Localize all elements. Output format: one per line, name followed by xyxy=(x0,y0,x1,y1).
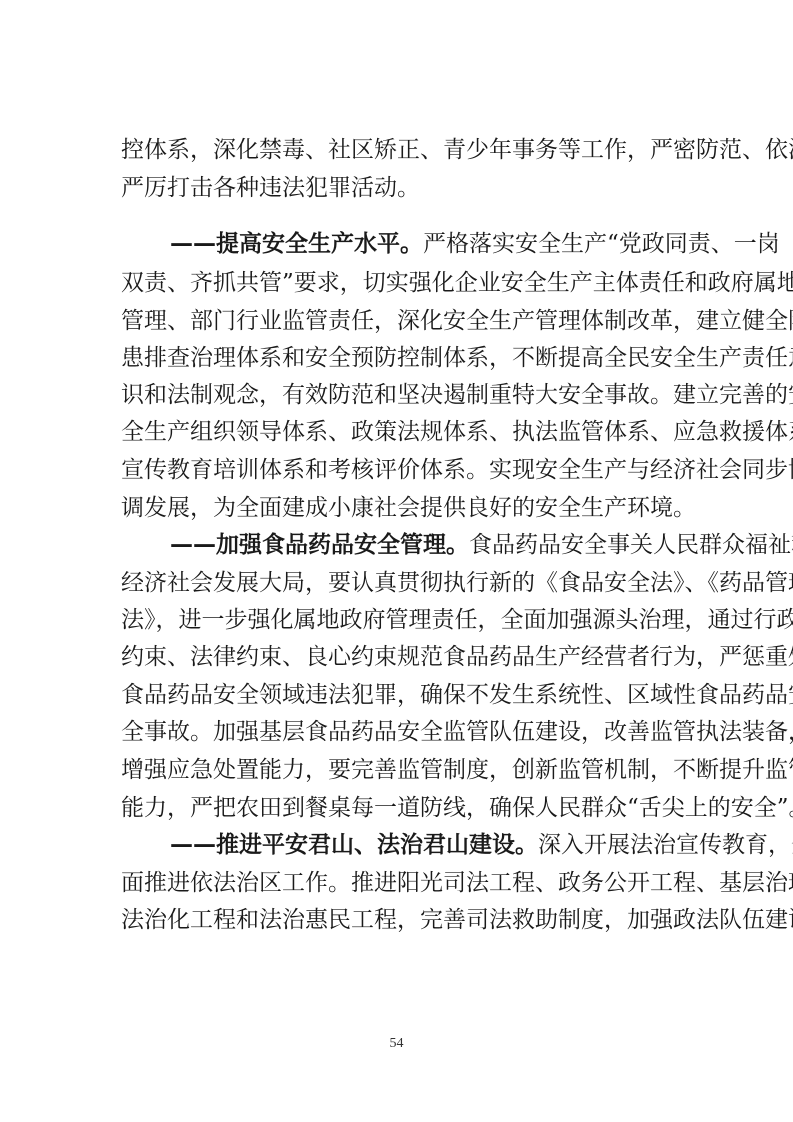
page-number: 54 xyxy=(0,1036,793,1052)
text-line: 患排查治理体系和安全预防控制体系，不断提高全民安全生产责任意 xyxy=(121,343,672,373)
text-line: 能力，严把农田到餐桌每一道防线，确保人民群众“舌尖上的安全”。 xyxy=(121,793,672,823)
text-line: 全生产组织领导体系、政策法规体系、执法监管体系、应急救援体系、 xyxy=(121,417,672,447)
paragraph-heading: ——推进平安君山、法治君山建设。 xyxy=(170,832,538,858)
text-line: 识和法制观念，有效防范和坚决遏制重特大安全事故。建立完善的安 xyxy=(121,380,672,410)
paragraph-heading: ——提高安全生产水平。 xyxy=(170,231,423,257)
text-line: 严厉打击各种违法犯罪活动。 xyxy=(121,173,672,203)
text-line: 全事故。加强基层食品药品安全监管队伍建设，改善监管执法装备， xyxy=(121,717,672,747)
paragraph-text: 食品药品安全事关人民群众福祉和 xyxy=(469,532,793,558)
text-line: 经济社会发展大局，要认真贯彻执行新的《食品安全法》、《药品管理 xyxy=(121,568,672,598)
text-line: 食品药品安全领域违法犯罪，确保不发生系统性、区域性食品药品安 xyxy=(121,680,672,710)
text-line: 双责、齐抓共管”要求，切实强化企业安全生产主体责任和政府属地 xyxy=(121,268,672,298)
text-line: 法治化工程和法治惠民工程，完善司法救助制度，加强政法队伍建设， xyxy=(121,905,672,935)
text-line: 管理、部门行业监管责任，深化安全生产管理体制改革，建立健全隐 xyxy=(121,306,672,336)
paragraph-heading: ——加强食品药品安全管理。 xyxy=(170,532,469,558)
paragraph-heading-line: ——推进平安君山、法治君山建设。深入开展法治宣传教育，全 xyxy=(170,830,672,860)
text-line: 面推进依法治区工作。推进阳光司法工程、政务公开工程、基层治理 xyxy=(121,868,672,898)
paragraph-text: 严格落实安全生产“党政同责、一岗 xyxy=(423,231,780,257)
document-page: 控体系，深化禁毒、社区矫正、青少年事务等工作，严密防范、依法 严厉打击各种违法犯… xyxy=(0,0,793,1122)
text-line: 法》，进一步强化属地政府管理责任，全面加强源头治理，通过行政 xyxy=(121,605,672,635)
paragraph-text: 深入开展法治宣传教育，全 xyxy=(538,832,793,858)
text-line: 宣传教育培训体系和考核评价体系。实现安全生产与经济社会同步协 xyxy=(121,455,672,485)
paragraph-heading-line: ——加强食品药品安全管理。食品药品安全事关人民群众福祉和 xyxy=(170,530,672,560)
paragraph-heading-line: ——提高安全生产水平。严格落实安全生产“党政同责、一岗 xyxy=(170,229,672,259)
text-line: 增强应急处置能力，要完善监管制度，创新监管机制，不断提升监管 xyxy=(121,755,672,785)
text-line: 控体系，深化禁毒、社区矫正、青少年事务等工作，严密防范、依法 xyxy=(121,135,672,165)
text-line: 约束、法律约束、良心约束规范食品药品生产经营者行为，严惩重处 xyxy=(121,642,672,672)
text-line: 调发展，为全面建成小康社会提供良好的安全生产环境。 xyxy=(121,493,672,523)
